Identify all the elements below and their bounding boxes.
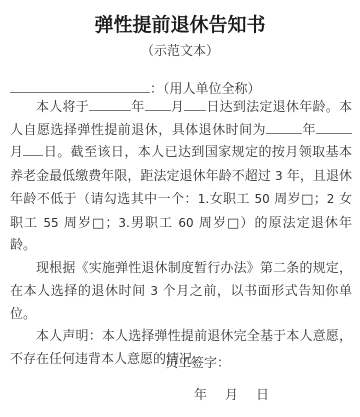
option-1-text: 女职工 (209, 192, 254, 207)
option-3-age: 60 (178, 216, 193, 230)
option-1-age: 50 (254, 192, 269, 206)
text-segment: 月 (171, 100, 185, 115)
text-segment: 月 (10, 145, 23, 160)
text-segment: 年 (302, 123, 316, 138)
document-body: 本人将于年月日达到法定退休年龄。本人自愿选择弹性提前退休，具体退休时间为年月日。… (10, 97, 352, 371)
legal-retirement-day-blank[interactable] (184, 98, 206, 111)
date-day-label: 日 (256, 384, 269, 403)
signature-date: 年月日 (194, 384, 269, 403)
option-2-checkbox[interactable]: 周岁□； (59, 216, 119, 231)
paragraph-retirement-notice: 本人将于年月日达到法定退休年龄。本人自愿选择弹性提前退休，具体退休时间为年月日。… (10, 97, 352, 258)
text-segment: 本人将于 (36, 100, 89, 115)
chosen-retirement-month-blank[interactable] (316, 121, 352, 134)
paragraph-legal-basis: 现根据《实施弹性退休制度暂行办法》第二条的规定，在本人选择的退休时间 3 个月之… (10, 258, 352, 327)
option-1-number: 1. (198, 192, 209, 206)
date-month-label: 月 (225, 384, 238, 403)
years-number: 3 (275, 169, 283, 183)
employer-name-blank[interactable] (10, 80, 150, 93)
date-year-label: 年 (194, 384, 207, 403)
chosen-retirement-year-blank[interactable] (266, 121, 302, 134)
option-3-number: 3. (118, 216, 129, 230)
document-subtitle: （示范文本） (0, 40, 360, 59)
addressee-line: ：（用人单位全称） (10, 80, 261, 98)
months-number: 3 (150, 284, 158, 298)
chosen-retirement-day-blank[interactable] (23, 143, 43, 156)
option-1-checkbox[interactable]: 周岁□； (270, 192, 327, 207)
text-segment: 年 (131, 100, 145, 115)
employee-signature-label: 员工签字： (165, 352, 230, 371)
document-title: 弹性提前退休告知书 (0, 10, 360, 37)
legal-retirement-month-blank[interactable] (145, 98, 171, 111)
legal-retirement-year-blank[interactable] (89, 98, 131, 111)
addressee-suffix: ：（用人单位全称） (150, 82, 261, 97)
option-2-age: 55 (43, 216, 58, 230)
option-3-text: 男职工 (130, 216, 179, 231)
